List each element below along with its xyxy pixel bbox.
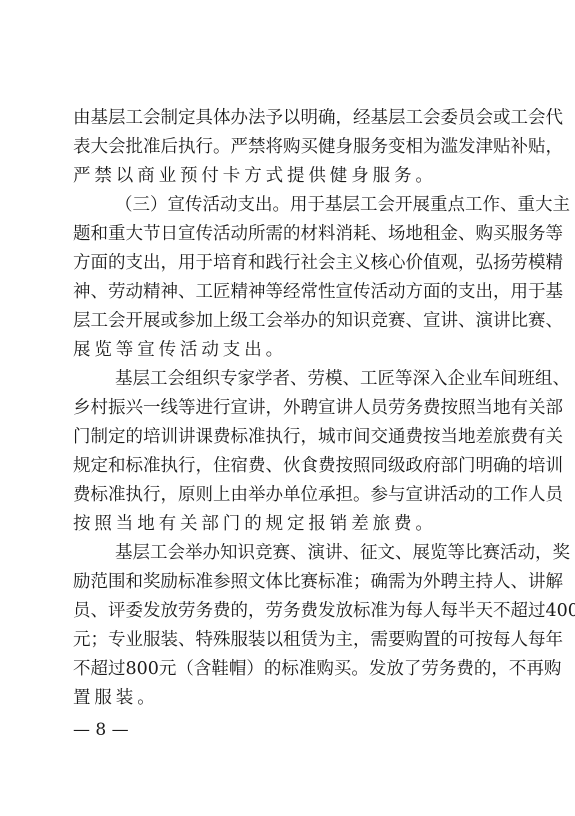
text-line: 置服装。 (73, 684, 509, 713)
text-line: 基层工会组织专家学者、劳模、工匠等深入企业车间班组、 (73, 365, 509, 394)
text-line: 不超过800元（含鞋帽）的标准购买。发放了劳务费的，不再购 (73, 655, 509, 684)
body-text: 由基层工会制定具体办法予以明确，经基层工会委员会或工会代 表大会批准后执行。严禁… (73, 104, 509, 713)
text-line: 层工会开展或参加上级工会举办的知识竞赛、宣讲、演讲比赛、 (73, 307, 509, 336)
text-line: 员、评委发放劳务费的，劳务费发放标准为每人每半天不超过400 (73, 597, 509, 626)
text-line: 严禁以商业预付卡方式提供健身服务。 (73, 162, 509, 191)
text-line: 题和重大节日宣传活动所需的材料消耗、场地租金、购买服务等 (73, 220, 509, 249)
text-line: 基层工会举办知识竞赛、演讲、征文、展览等比赛活动，奖 (73, 539, 509, 568)
text-line: 方面的支出，用于培育和践行社会主义核心价值观，弘扬劳模精 (73, 249, 509, 278)
text-line: 规定和标准执行，住宿费、伙食费按照同级政府部门明确的培训 (73, 452, 509, 481)
text-line: 元；专业服装、特殊服装以租赁为主，需要购置的可按每人每年 (73, 626, 509, 655)
text-line: 按照当地有关部门的规定报销差旅费。 (73, 510, 509, 539)
section-heading-line: （三）宣传活动支出。用于基层工会开展重点工作、重大主 (73, 191, 509, 220)
text-line: 神、劳动精神、工匠精神等经常性宣传活动方面的支出，用于基 (73, 278, 509, 307)
text-line: 由基层工会制定具体办法予以明确，经基层工会委员会或工会代 (73, 104, 509, 133)
page-number: — 8 — (73, 718, 129, 742)
text-line: 乡村振兴一线等进行宣讲，外聘宣讲人员劳务费按照当地有关部 (73, 394, 509, 423)
document-page: 由基层工会制定具体办法予以明确，经基层工会委员会或工会代 表大会批准后执行。严禁… (0, 0, 575, 816)
text-line: 励范围和奖励标准参照文体比赛标准；确需为外聘主持人、讲解 (73, 568, 509, 597)
text-line: 展览等宣传活动支出。 (73, 336, 509, 365)
text-line: 门制定的培训讲课费标准执行，城市间交通费按当地差旅费有关 (73, 423, 509, 452)
text-line: 费标准执行，原则上由举办单位承担。参与宣讲活动的工作人员 (73, 481, 509, 510)
text-line: 表大会批准后执行。严禁将购买健身服务变相为滥发津贴补贴， (73, 133, 509, 162)
